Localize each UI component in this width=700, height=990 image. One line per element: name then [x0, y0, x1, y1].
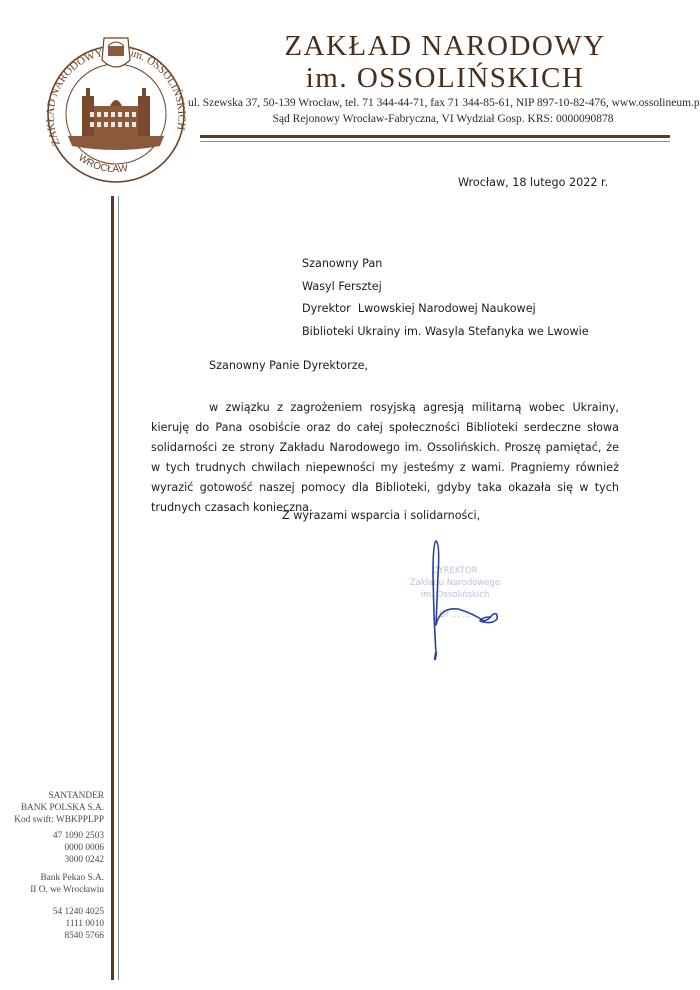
- court-registration: Sąd Rejonowy Wrocław-Fabryczna, VI Wydzi…: [188, 113, 698, 125]
- ossolineum-seal-icon: ZAKŁAD NARODOWY im. OSSOLIŃSKICH WROCŁAW: [30, 34, 200, 184]
- bank2-line: II O. we Wrocławiu: [30, 884, 104, 896]
- bank1-line: SANTANDER: [14, 790, 104, 802]
- margin-rule-primary: [111, 196, 114, 980]
- bank1-line: Kod swift: WBKPPLPP: [14, 814, 104, 826]
- account-line: 0000 0006: [53, 842, 104, 854]
- recipient-block: Szanowny Pan Wasyl Fersztej Dyrektor Lwo…: [302, 253, 589, 343]
- recipient-line: Dyrektor Lwowskiej Narodowej Naukowej: [302, 298, 589, 321]
- account-line: 8540 5766: [53, 930, 104, 942]
- letter-date: Wrocław, 18 lutego 2022 r.: [458, 176, 608, 189]
- institution-address: ul. Szewska 37, 50-139 Wrocław, tel. 71 …: [188, 97, 698, 109]
- handwritten-signature-icon: [400, 535, 520, 665]
- account-line: 1111 0010: [53, 918, 104, 930]
- institution-name-line1: ZAKŁAD NARODOWY: [220, 30, 670, 63]
- bank2-info: Bank Pekao S.A. II O. we Wrocławiu: [30, 872, 104, 896]
- account-line: 3000 0242: [53, 854, 104, 866]
- bank1-account: 47 1090 2503 0000 0006 3000 0242: [53, 830, 104, 866]
- recipient-line: Szanowny Pan: [302, 253, 589, 276]
- bank2-account: 54 1240 4025 1111 0010 8540 5766: [53, 906, 104, 942]
- bank1-info: SANTANDER BANK POLSKA S.A. Kod swift: WB…: [14, 790, 104, 826]
- header-rule-primary: [200, 135, 670, 138]
- account-line: 54 1240 4025: [53, 906, 104, 918]
- header-rule-secondary: [200, 141, 670, 142]
- letter-body: w związku z zagrożeniem rosyjską agresją…: [151, 398, 619, 518]
- closing-phrase: Z wyrazami wsparcia i solidarności,: [282, 509, 480, 522]
- letter-body-text: w związku z zagrożeniem rosyjską agresją…: [151, 401, 619, 514]
- bank2-line: Bank Pekao S.A.: [30, 872, 104, 884]
- institution-name-line2: im. OSSOLIŃSKICH: [220, 62, 670, 95]
- account-line: 47 1090 2503: [53, 830, 104, 842]
- margin-rule-secondary: [118, 196, 119, 980]
- recipient-line: Biblioteki Ukrainy im. Wasyla Stefanyka …: [302, 321, 589, 344]
- bank1-line: BANK POLSKA S.A.: [14, 802, 104, 814]
- recipient-line: Wasyl Fersztej: [302, 276, 589, 299]
- salutation: Szanowny Panie Dyrektorze,: [209, 359, 368, 372]
